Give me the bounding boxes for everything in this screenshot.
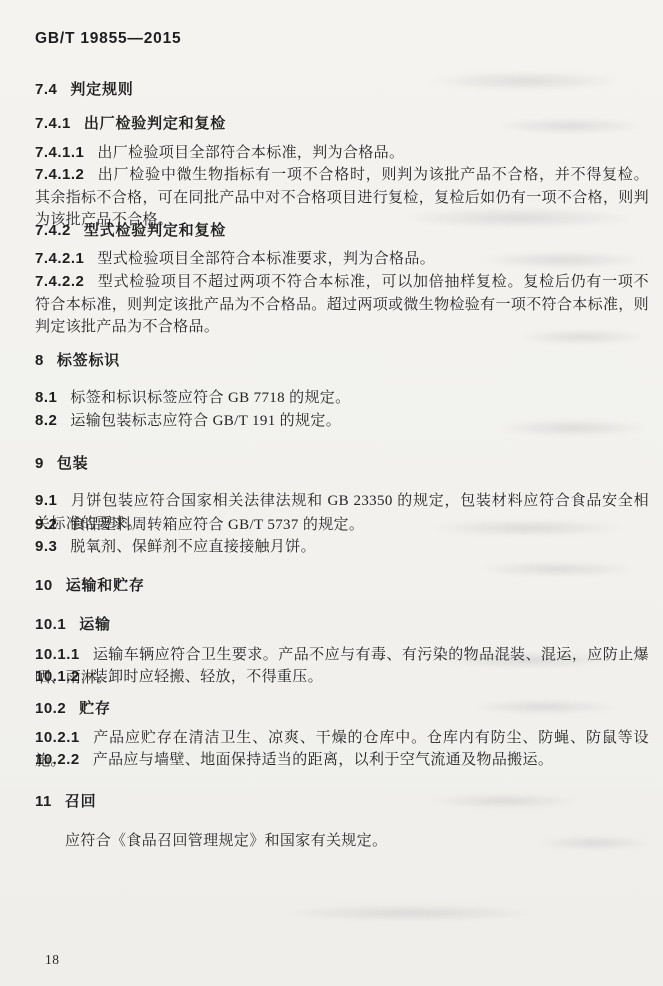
scanned-standard-page: GB/T 19855—2015 7.4判定规则 7.4.1出厂检验判定和复检 7… bbox=[0, 0, 663, 986]
heading-7-4-1: 7.4.1出厂检验判定和复检 bbox=[35, 112, 226, 133]
clause-7-4-1-1: 7.4.1.1出厂检验项目全部符合本标准，判为合格品。 bbox=[35, 142, 649, 165]
heading-title: 召回 bbox=[65, 793, 97, 810]
clause-text: 运输包装标志应符合 GB/T 191 的规定。 bbox=[70, 413, 341, 429]
clause-number: 9.1 bbox=[35, 492, 57, 509]
clause-text: 标签和标识标签应符合 GB 7718 的规定。 bbox=[70, 390, 350, 406]
clause-8-2: 8.2运输包装标志应符合 GB/T 191 的规定。 bbox=[35, 410, 649, 433]
heading-8: 8标签标识 bbox=[35, 349, 120, 370]
clause-number: 9.3 bbox=[35, 538, 57, 555]
heading-number: 7.4.2 bbox=[35, 222, 71, 239]
heading-title: 贮存 bbox=[79, 700, 111, 717]
clause-10-1-2: 10.1.2装卸时应轻搬、轻放，不得重压。 bbox=[35, 666, 649, 689]
page-number: 18 bbox=[45, 952, 60, 968]
clause-number: 7.4.2.1 bbox=[35, 250, 84, 267]
heading-title: 判定规则 bbox=[70, 81, 133, 98]
bleed-through-artifact bbox=[480, 562, 635, 576]
bleed-through-artifact bbox=[430, 794, 580, 808]
heading-title: 出厂检验判定和复检 bbox=[84, 115, 226, 132]
heading-number: 10.2 bbox=[35, 700, 66, 717]
heading-title: 运输和贮存 bbox=[66, 577, 145, 594]
clause-number: 7.4.1.1 bbox=[35, 144, 84, 161]
clause-number: 10.1.2 bbox=[35, 668, 80, 685]
clause-8-1: 8.1标签和标识标签应符合 GB 7718 的规定。 bbox=[35, 387, 649, 410]
clause-text: 产品应与墙壁、地面保持适当的距离，以利于空气流通及物品搬运。 bbox=[93, 752, 554, 768]
clause-7-4-2-2: 7.4.2.2型式检验项目不超过两项不符合本标准，可以加倍抽样复检。复检后仍有一… bbox=[35, 271, 649, 339]
clause-9-2: 9.2食品塑料周转箱应符合 GB/T 5737 的规定。 bbox=[35, 514, 649, 537]
bleed-through-artifact bbox=[430, 72, 620, 90]
bleed-through-artifact bbox=[280, 905, 540, 921]
clause-number: 7.4.2.2 bbox=[35, 273, 84, 290]
heading-number: 7.4.1 bbox=[35, 115, 71, 132]
clause-text: 装卸时应轻搬、轻放，不得重压。 bbox=[93, 669, 323, 685]
heading-11: 11召回 bbox=[35, 790, 96, 811]
clause-number: 8.1 bbox=[35, 389, 57, 406]
clause-7-4-2-1: 7.4.2.1型式检验项目全部符合本标准要求，判为合格品。 bbox=[35, 248, 649, 271]
heading-number: 8 bbox=[35, 352, 44, 369]
clause-text: 出厂检验项目全部符合本标准，判为合格品。 bbox=[97, 145, 404, 161]
clause-number: 8.2 bbox=[35, 412, 57, 429]
clause-number: 10.2.2 bbox=[35, 751, 80, 768]
heading-title: 运输 bbox=[79, 616, 111, 633]
clause-text: 脱氧剂、保鲜剂不应直接接触月饼。 bbox=[70, 539, 316, 555]
heading-number: 10.1 bbox=[35, 616, 66, 633]
recall-paragraph: 应符合《食品召回管理规定》和国家有关规定。 bbox=[35, 830, 649, 853]
heading-10-2: 10.2贮存 bbox=[35, 697, 111, 718]
heading-number: 10 bbox=[35, 577, 53, 594]
clause-text: 型式检验项目不超过两项不符合本标准，可以加倍抽样复检。复检后仍有一项不符合本标准… bbox=[35, 274, 649, 335]
clause-number: 7.4.1.2 bbox=[35, 166, 84, 183]
document-code-header: GB/T 19855—2015 bbox=[35, 30, 181, 48]
heading-7-4: 7.4判定规则 bbox=[35, 78, 134, 99]
heading-number: 7.4 bbox=[35, 81, 57, 98]
clause-10-2-2: 10.2.2产品应与墙壁、地面保持适当的距离，以利于空气流通及物品搬运。 bbox=[35, 749, 649, 772]
clause-text: 型式检验项目全部符合本标准要求，判为合格品。 bbox=[97, 251, 435, 267]
heading-number: 11 bbox=[35, 793, 52, 810]
clause-number: 9.2 bbox=[35, 516, 57, 533]
clause-text: 食品塑料周转箱应符合 GB/T 5737 的规定。 bbox=[70, 517, 364, 533]
clause-number: 10.2.1 bbox=[35, 729, 80, 746]
heading-title: 标签标识 bbox=[57, 352, 120, 369]
heading-7-4-2: 7.4.2型式检验判定和复检 bbox=[35, 219, 226, 240]
heading-9: 9包装 bbox=[35, 452, 88, 473]
heading-number: 9 bbox=[35, 455, 44, 472]
heading-title: 型式检验判定和复检 bbox=[84, 222, 226, 239]
heading-10: 10运输和贮存 bbox=[35, 574, 145, 595]
clause-number: 10.1.1 bbox=[35, 646, 80, 663]
clause-9-3: 9.3脱氧剂、保鲜剂不应直接接触月饼。 bbox=[35, 536, 649, 559]
heading-10-1: 10.1运输 bbox=[35, 613, 111, 634]
bleed-through-artifact bbox=[495, 118, 645, 134]
bleed-through-artifact bbox=[475, 700, 615, 714]
heading-title: 包装 bbox=[57, 455, 89, 472]
